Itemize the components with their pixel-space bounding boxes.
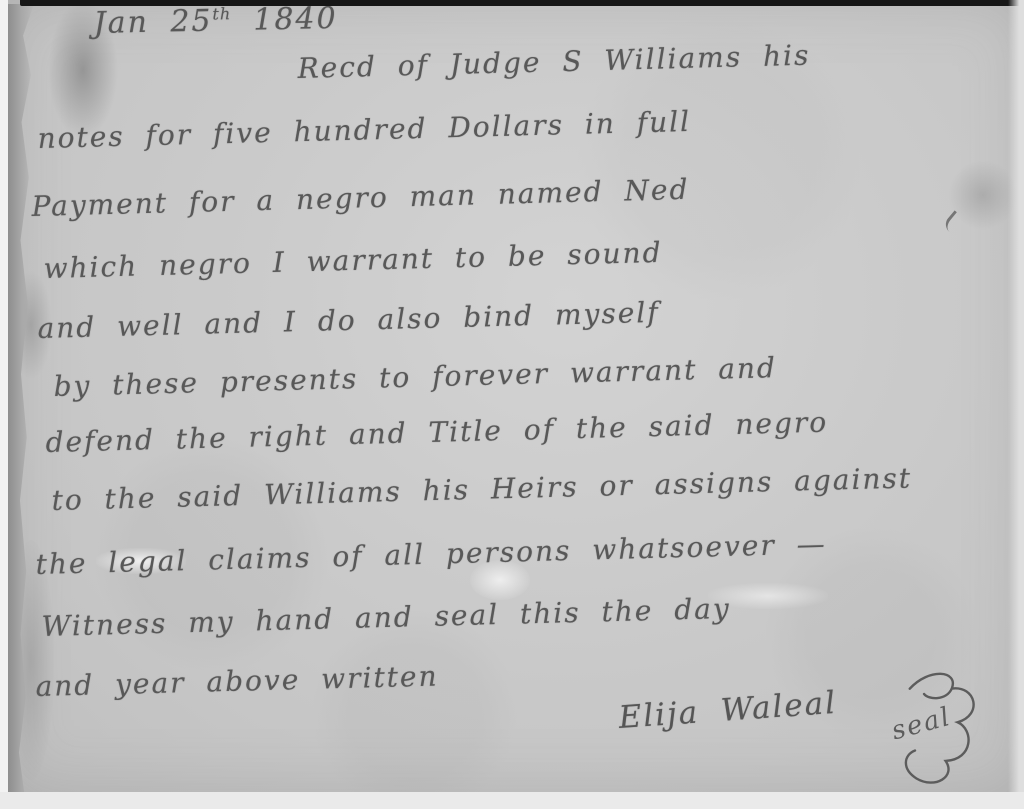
handwritten-line: the legal claims of all persons whatsoev… xyxy=(35,527,827,581)
scan-edge-right xyxy=(1008,0,1024,792)
signature: Elija Waleal xyxy=(617,685,838,736)
date-line: Jan 25th1840 xyxy=(93,1,338,41)
scan-background-strip xyxy=(0,792,1024,809)
paper-sheet: Jan 25th1840 Recd of Judge S Williams hi… xyxy=(8,0,1024,792)
date-month-day: Jan 25 xyxy=(93,4,213,41)
stray-ink-mark xyxy=(942,210,969,238)
handwritten-line: and well and I do also bind myself xyxy=(37,296,660,345)
handwritten-line: Witness my hand and seal this the day xyxy=(41,592,731,643)
handwritten-line: notes for five hundred Dollars in full xyxy=(37,105,691,155)
photo-border-top xyxy=(20,0,1024,6)
seal-text: seal xyxy=(888,702,954,747)
handwritten-line: which negro I warrant to be sound xyxy=(43,236,663,285)
date-ordinal: th xyxy=(212,4,231,23)
handwritten-line: defend the right and Title of the said n… xyxy=(45,406,828,459)
handwritten-line: by these presents to forever warrant and xyxy=(53,351,777,403)
seal-flourish-icon: seal xyxy=(847,662,1004,800)
date-year: 1840 xyxy=(253,1,338,38)
handwritten-line: and year above written xyxy=(35,659,439,703)
seal-flourish: seal xyxy=(847,662,1004,800)
scanned-document-photo: { "document": { "date": { "month_day": "… xyxy=(0,0,1024,809)
handwritten-line: Payment for a negro man named Ned xyxy=(31,173,690,223)
torn-paper-edge xyxy=(8,4,34,792)
handwritten-line: Recd of Judge S Williams his xyxy=(297,39,811,85)
handwritten-line: to the said Williams his Heirs or assign… xyxy=(51,461,912,517)
